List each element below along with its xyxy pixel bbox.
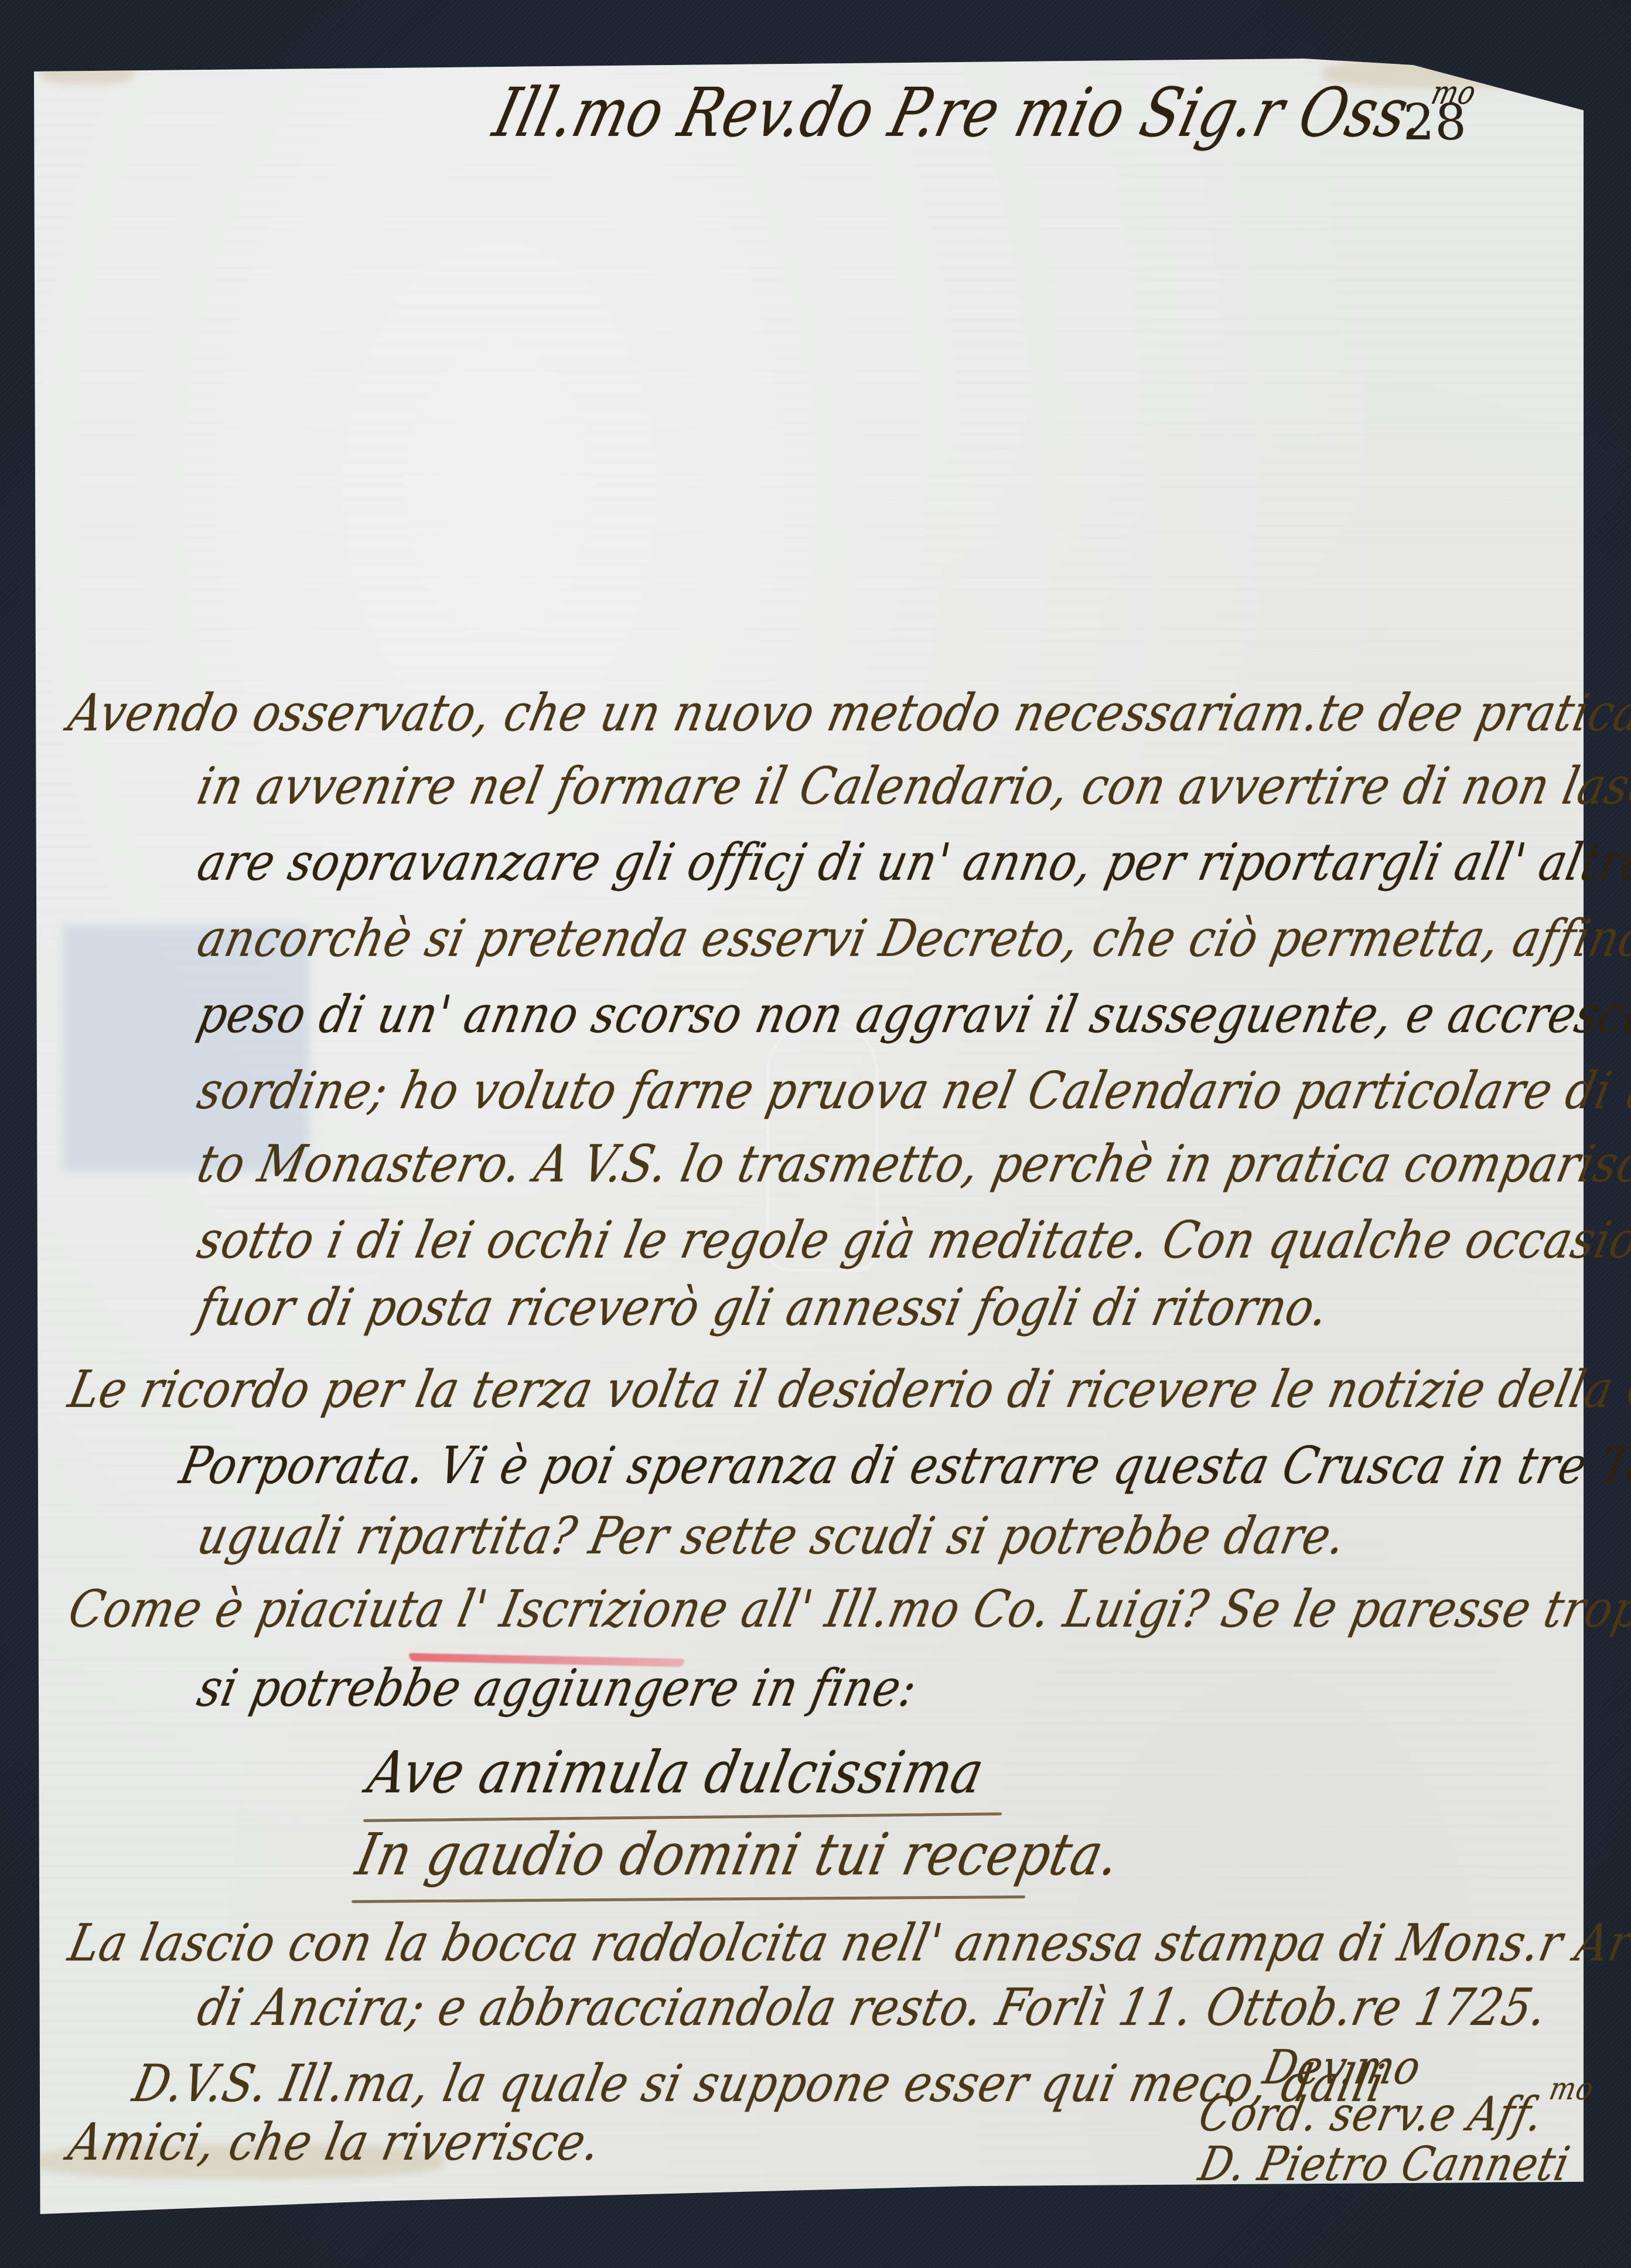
salutation-text: Ill.mo Rev.do P.re mio Sig.r Oss. [486,74,1435,152]
body-line: Come è piaciuta l' Iscrizione all' Ill.m… [64,1584,1631,1635]
body-line: Avendo osservato, che un nuovo metodo ne… [64,688,1631,739]
body-line: Le ricordo per la terza volta il desider… [64,1364,1631,1415]
inscription-line: In gaudio domini tui recepta. [352,1826,1125,1884]
body-line: fuor di posta riceverò gli annessi fogli… [193,1282,1333,1333]
closing-line: D.V.S. Ill.ma, la quale si suppone esser… [129,2058,1389,2109]
folio-number: 28 [1403,94,1467,151]
signature-line1: Dev.mo [1260,2044,1425,2092]
closing-line: Amici, che la riverisce. [64,2117,605,2168]
body-line: sordine; ho voluto farne pruova nel Cale… [193,1065,1631,1116]
body-line: in avvenire nel formare il Calendario, c… [193,761,1631,812]
body-line: sotto i di lei occhi le regole già medit… [193,1215,1631,1266]
closing-line: di Ancira; e abbracciandola resto. Forlì… [193,1982,1552,2033]
signature-superscript: mo [1547,2071,1598,2107]
edge-stain [40,62,134,85]
salutation: Ill.mo Rev.do P.re mio Sig.r Oss.mo [486,74,1480,152]
inscription-line: Ave animula dulcissima [363,1744,989,1802]
signature-line2: Cord. serv.e Aff.mo [1195,2091,1593,2139]
signature-line2-text: Cord. serv.e Aff. [1195,2087,1548,2142]
signature-name: D. Pietro Canneti [1195,2141,1574,2188]
body-line: Porporata. Vi è poi speranza di estrarre… [176,1440,1631,1491]
body-line: peso di un' anno scorso non aggravi il s… [193,989,1631,1040]
closing-line: La lascio con la bocca raddolcita nell' … [64,1918,1631,1969]
body-line: uguali ripartita? Per sette scudi si pot… [193,1511,1350,1562]
body-line: si potrebbe aggiungere in fine: [193,1663,922,1714]
body-line: ancorchè si pretenda esservi Decreto, ch… [193,913,1631,964]
body-line: are sopravanzare gli officj di un' anno,… [193,837,1631,888]
body-line: to Monastero. A V.S. lo trasmetto, perch… [193,1139,1631,1190]
